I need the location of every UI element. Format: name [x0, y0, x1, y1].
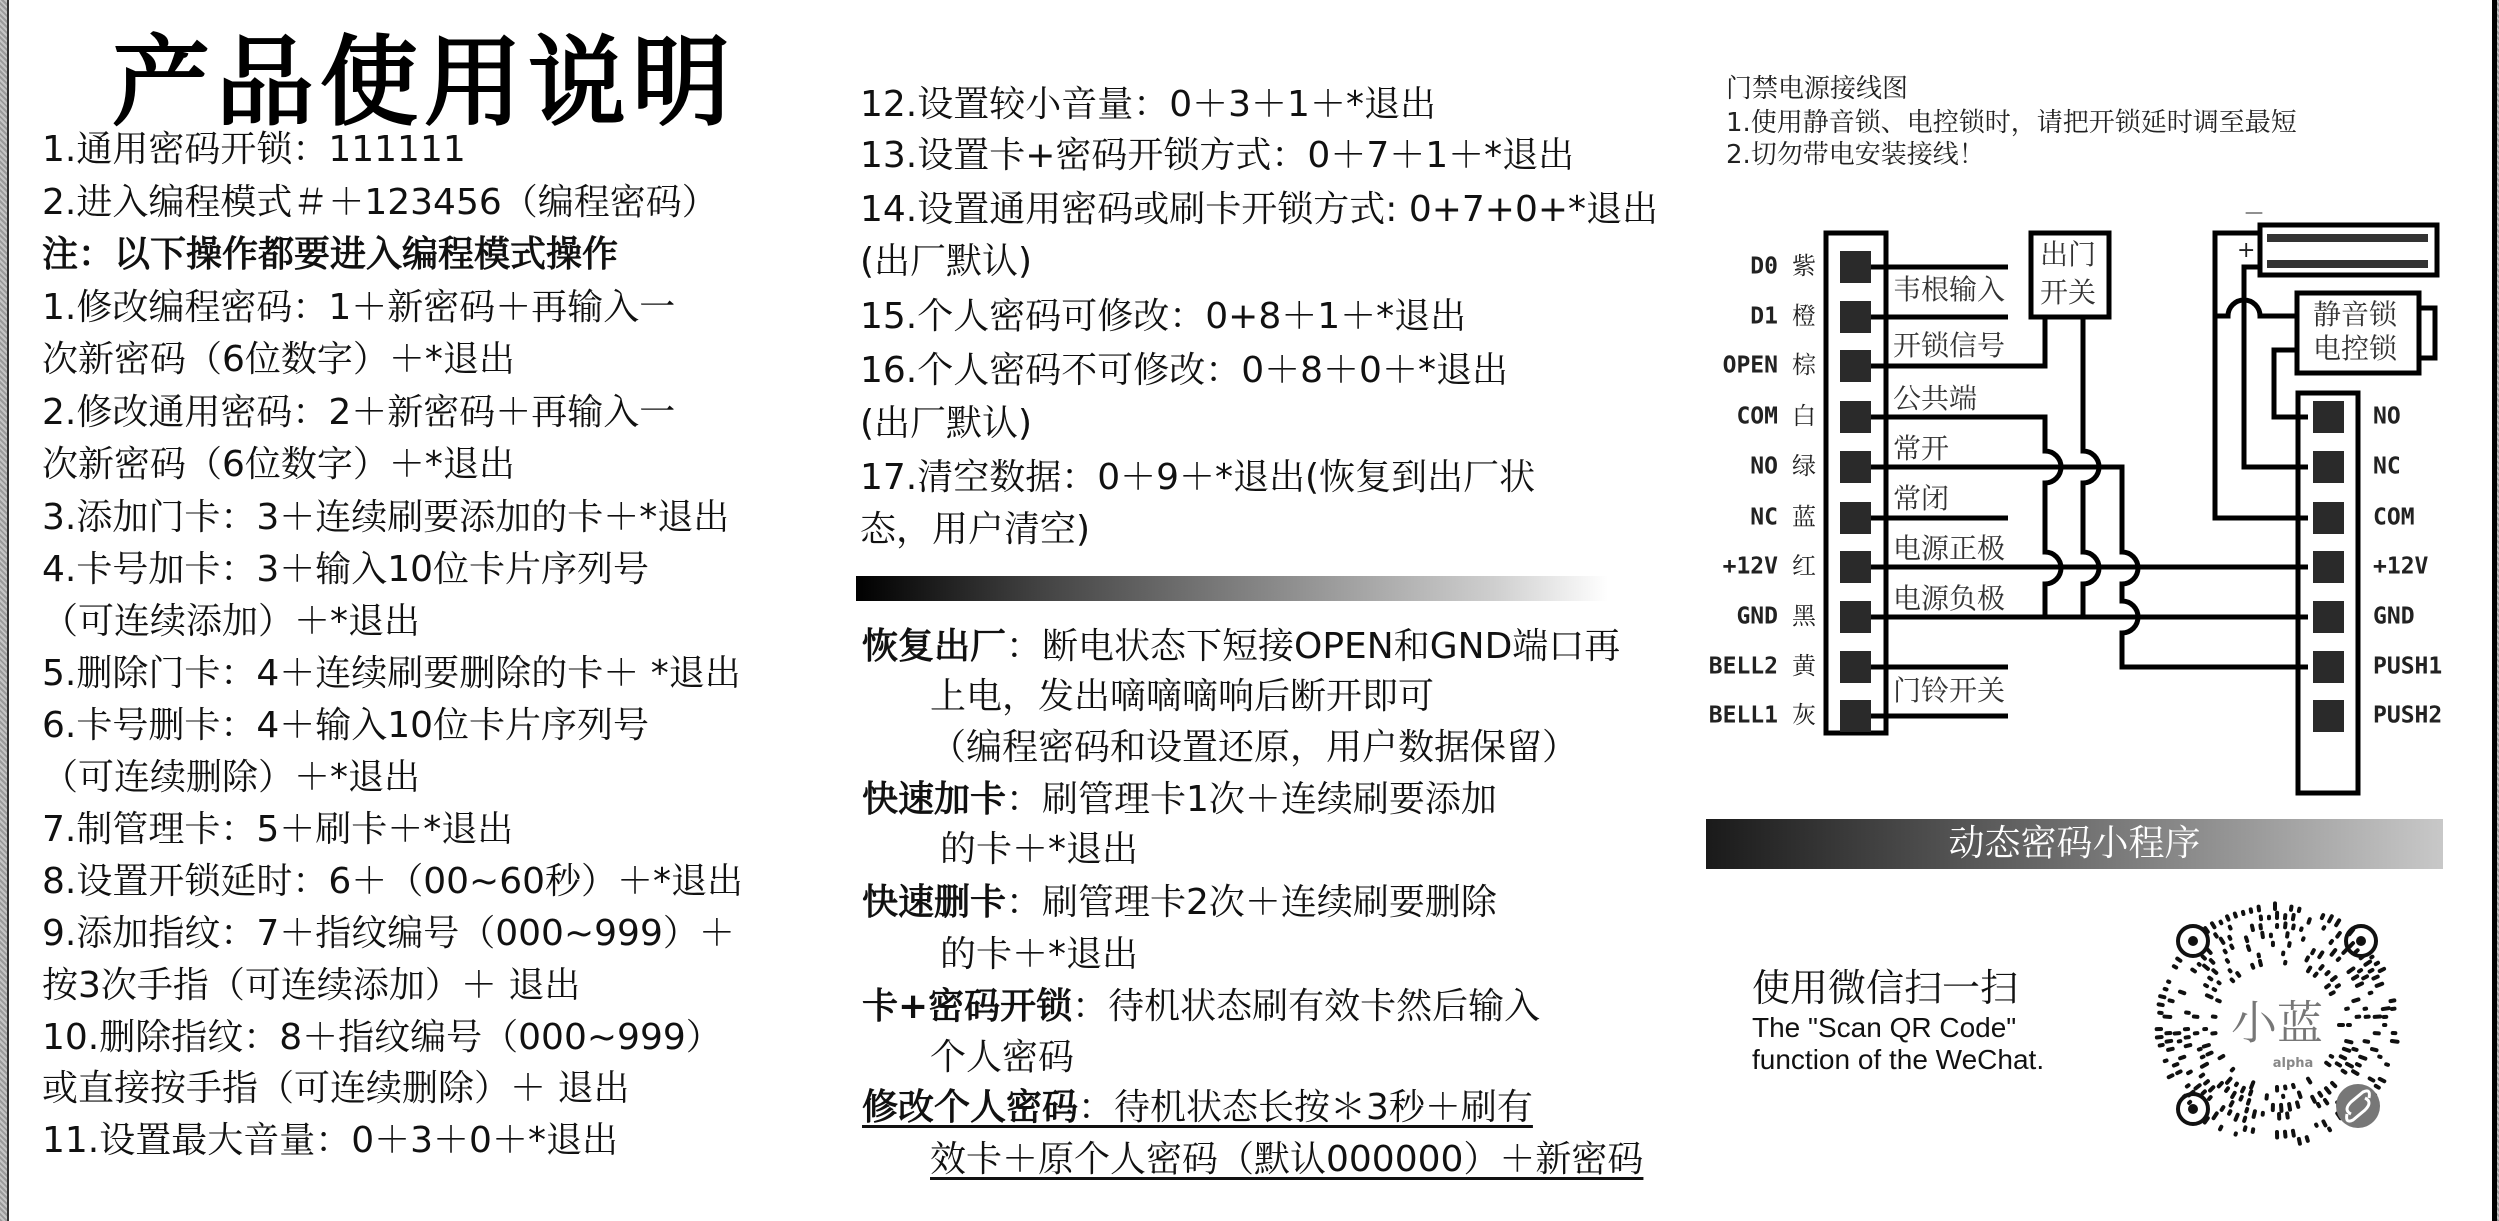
scan-instruction-en-1: The "Scan QR Code": [1752, 1012, 2016, 1044]
wechat-mini-program-code[interactable]: 小蓝alpha: [2148, 896, 2406, 1154]
wire-function-label: 门铃开关: [1893, 674, 2005, 707]
svg-text:静音锁: 静音锁: [2313, 298, 2398, 331]
terminal-pin-label: OPEN: [1723, 353, 1778, 379]
terminal-pin-label: +12V: [1723, 554, 1779, 580]
wire-color-label: 绿: [1792, 452, 1816, 480]
right-terminal-label: COM: [2373, 505, 2415, 531]
right-terminal-label: PUSH1: [2373, 654, 2442, 680]
svg-text:－: －: [2243, 202, 2265, 227]
terminal-pin-label: BELL1: [1709, 703, 1778, 729]
wire-function-label: 常闭: [1893, 482, 1949, 515]
svg-text:小蓝: 小蓝: [2231, 996, 2323, 1050]
terminal-pin-label: D1: [1750, 304, 1778, 330]
wire-color-label: 黑: [1792, 602, 1817, 630]
wire-function-label: 公共端: [1893, 382, 1977, 415]
wire-color-label: 橙: [1792, 302, 1816, 330]
terminal-pin-label: COM: [1736, 404, 1778, 430]
wire-function-label: 韦根输入: [1893, 273, 2005, 306]
terminal-pin-label: D0: [1750, 254, 1778, 280]
wire-color-label: 黄: [1792, 652, 1817, 680]
right-terminal-label: PUSH2: [2373, 703, 2442, 729]
wire-color-label: 红: [1792, 552, 1816, 580]
mini-program-banner: 动态密码小程序: [1706, 819, 2443, 869]
wire-function-label: 开锁信号: [1893, 329, 2005, 362]
svg-text:alpha: alpha: [2273, 1056, 2314, 1071]
wiring-diagram: D0紫D1橙OPEN棕COM白NO绿NC蓝+12V红GND黑BELL2黄BELL…: [0, 0, 2499, 1221]
right-terminal-label: NC: [2373, 454, 2401, 480]
wire-color-label: 紫: [1792, 252, 1816, 280]
terminal-pin-label: GND: [1736, 604, 1778, 630]
right-terminal-label: +12V: [2373, 554, 2429, 580]
terminal-pin-label: NO: [1750, 454, 1778, 480]
svg-text:开关: 开关: [2040, 276, 2096, 309]
wire-color-label: 灰: [1792, 701, 1816, 729]
terminal-pin-label: NC: [1750, 505, 1778, 531]
svg-text:出门: 出门: [2040, 238, 2096, 271]
scan-instruction-en-2: function of the WeChat.: [1752, 1044, 2044, 1076]
scan-instruction-cn: 使用微信扫一扫: [1752, 966, 2018, 1010]
right-terminal-label: GND: [2373, 604, 2415, 630]
svg-text:+: +: [2237, 238, 2255, 263]
svg-text:电控锁: 电控锁: [2313, 332, 2398, 365]
wire-function-label: 常开: [1893, 432, 1949, 465]
wire-color-label: 棕: [1792, 351, 1817, 379]
wire-color-label: 蓝: [1792, 503, 1816, 531]
wire-function-label: 电源正极: [1893, 532, 2005, 565]
terminal-pin-label: BELL2: [1709, 654, 1778, 680]
wire-function-label: 电源负极: [1893, 582, 2005, 615]
right-terminal-label: NO: [2373, 404, 2401, 430]
wire-color-label: 白: [1792, 402, 1816, 430]
